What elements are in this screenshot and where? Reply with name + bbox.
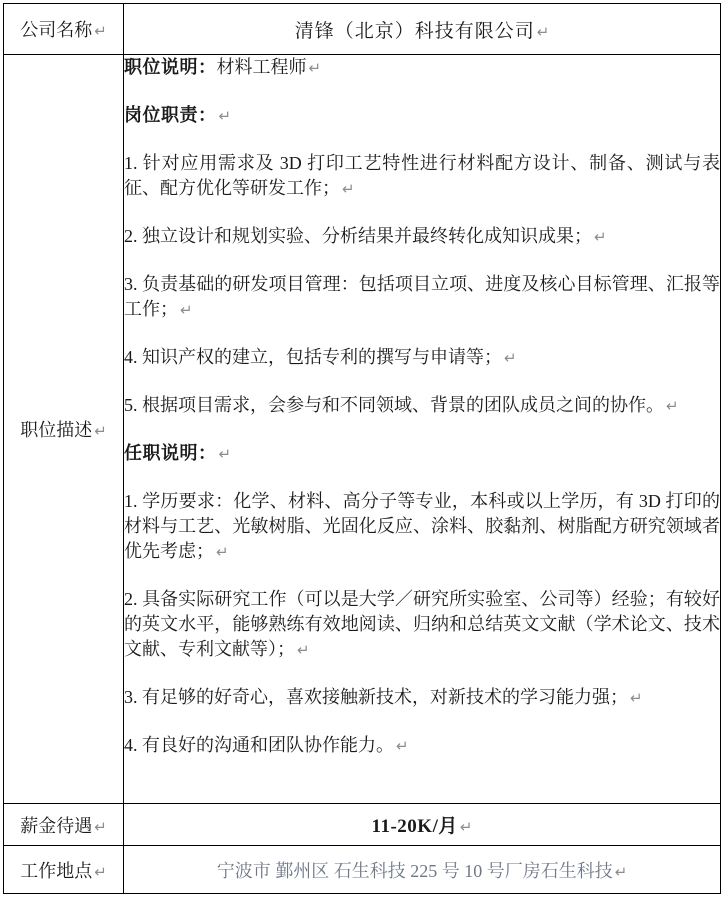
table-row-salary: 薪金待遇↵ 11-20K/月↵ bbox=[4, 804, 721, 846]
job-posting-table: 公司名称↵ 清锋（北京）科技有限公司↵ 职位描述↵ 职位说明：材料工程师↵岗位职… bbox=[3, 3, 721, 894]
description-paragraph: 4. 知识产权的建立，包括专利的撰写与申请等；↵ bbox=[124, 345, 720, 371]
description-paragraph: 4. 有良好的沟通和团队协作能力。↵ bbox=[124, 733, 720, 759]
paragraph-mark: ↵ bbox=[94, 863, 107, 881]
table-row-company: 公司名称↵ 清锋（北京）科技有限公司↵ bbox=[4, 4, 721, 55]
paragraph-mark: ↵ bbox=[396, 737, 409, 755]
paragraph-mark: ↵ bbox=[460, 818, 473, 836]
description-paragraph: 职位说明：材料工程师↵ bbox=[124, 55, 720, 81]
paragraph-mark: ↵ bbox=[615, 863, 628, 881]
salary-label: 薪金待遇 bbox=[20, 816, 92, 836]
salary-value: 11-20K/月 bbox=[372, 816, 458, 837]
company-name-label-cell: 公司名称↵ bbox=[4, 4, 124, 55]
description-paragraph: 1. 学历要求：化学、材料、高分子等专业，本科或以上学历，有 3D 打印的材料与… bbox=[124, 489, 720, 565]
description-paragraph: 1. 针对应用需求及 3D 打印工艺特性进行材料配方设计、制备、测试与表征、配方… bbox=[124, 151, 720, 202]
section-heading: 任职说明： bbox=[124, 443, 217, 463]
paragraph-mark: ↵ bbox=[219, 445, 232, 463]
company-name-value: 清锋（北京）科技有限公司 bbox=[295, 21, 535, 42]
paragraph-mark: ↵ bbox=[297, 641, 310, 659]
work-location-label: 工作地点 bbox=[20, 861, 92, 881]
table-row-description: 职位描述↵ 职位说明：材料工程师↵岗位职责：↵1. 针对应用需求及 3D 打印工… bbox=[4, 55, 721, 804]
salary-label-cell: 薪金待遇↵ bbox=[4, 804, 124, 846]
paragraph-mark: ↵ bbox=[342, 180, 355, 198]
work-location-value-cell: 宁波市 鄞州区 石生科技 225 号 10 号厂房石生科技↵ bbox=[124, 846, 721, 894]
paragraph-mark: ↵ bbox=[309, 59, 322, 77]
paragraph-mark: ↵ bbox=[180, 301, 193, 319]
paragraph-mark: ↵ bbox=[94, 422, 107, 440]
section-heading: 岗位职责： bbox=[124, 105, 217, 125]
paragraph-mark: ↵ bbox=[537, 23, 550, 41]
paragraph-mark: ↵ bbox=[219, 107, 232, 125]
description-paragraph: 2. 具备实际研究工作（可以是大学／研究所实验室、公司等）经验；有较好的英文水平… bbox=[124, 587, 720, 663]
paragraph-mark: ↵ bbox=[94, 22, 107, 40]
paragraph-mark: ↵ bbox=[94, 818, 107, 836]
description-paragraph: 3. 负责基础的研发项目管理：包括项目立项、进度及核心目标管理、汇报等工作；↵ bbox=[124, 272, 720, 323]
company-name-label: 公司名称 bbox=[20, 20, 92, 40]
section-heading: 职位说明： bbox=[124, 57, 217, 77]
work-location-value: 宁波市 鄞州区 石生科技 225 号 10 号厂房石生科技 bbox=[217, 861, 613, 881]
document-page: 公司名称↵ 清锋（北京）科技有限公司↵ 职位描述↵ 职位说明：材料工程师↵岗位职… bbox=[0, 0, 723, 906]
description-paragraph: 岗位职责：↵ bbox=[124, 103, 720, 129]
table-row-location: 工作地点↵ 宁波市 鄞州区 石生科技 225 号 10 号厂房石生科技↵ bbox=[4, 846, 721, 894]
paragraph-mark: ↵ bbox=[594, 228, 607, 246]
salary-value-cell: 11-20K/月↵ bbox=[124, 804, 721, 846]
paragraph-mark: ↵ bbox=[216, 543, 229, 561]
job-description-label: 职位描述 bbox=[20, 420, 92, 440]
paragraph-mark: ↵ bbox=[666, 397, 679, 415]
work-location-label-cell: 工作地点↵ bbox=[4, 846, 124, 894]
company-name-value-cell: 清锋（北京）科技有限公司↵ bbox=[124, 4, 721, 55]
paragraph-mark: ↵ bbox=[630, 689, 643, 707]
description-paragraph: 5. 根据项目需求，会参与和不同领域、背景的团队成员之间的协作。↵ bbox=[124, 393, 720, 419]
paragraph-mark: ↵ bbox=[504, 349, 517, 367]
job-description-label-cell: 职位描述↵ bbox=[4, 55, 124, 804]
description-paragraph: 3. 有足够的好奇心，喜欢接触新技术，对新技术的学习能力强；↵ bbox=[124, 685, 720, 711]
description-paragraph: 2. 独立设计和规划实验、分析结果并最终转化成知识成果；↵ bbox=[124, 224, 720, 250]
job-description-cell: 职位说明：材料工程师↵岗位职责：↵1. 针对应用需求及 3D 打印工艺特性进行材… bbox=[124, 55, 721, 804]
description-paragraph: 任职说明：↵ bbox=[124, 441, 720, 467]
